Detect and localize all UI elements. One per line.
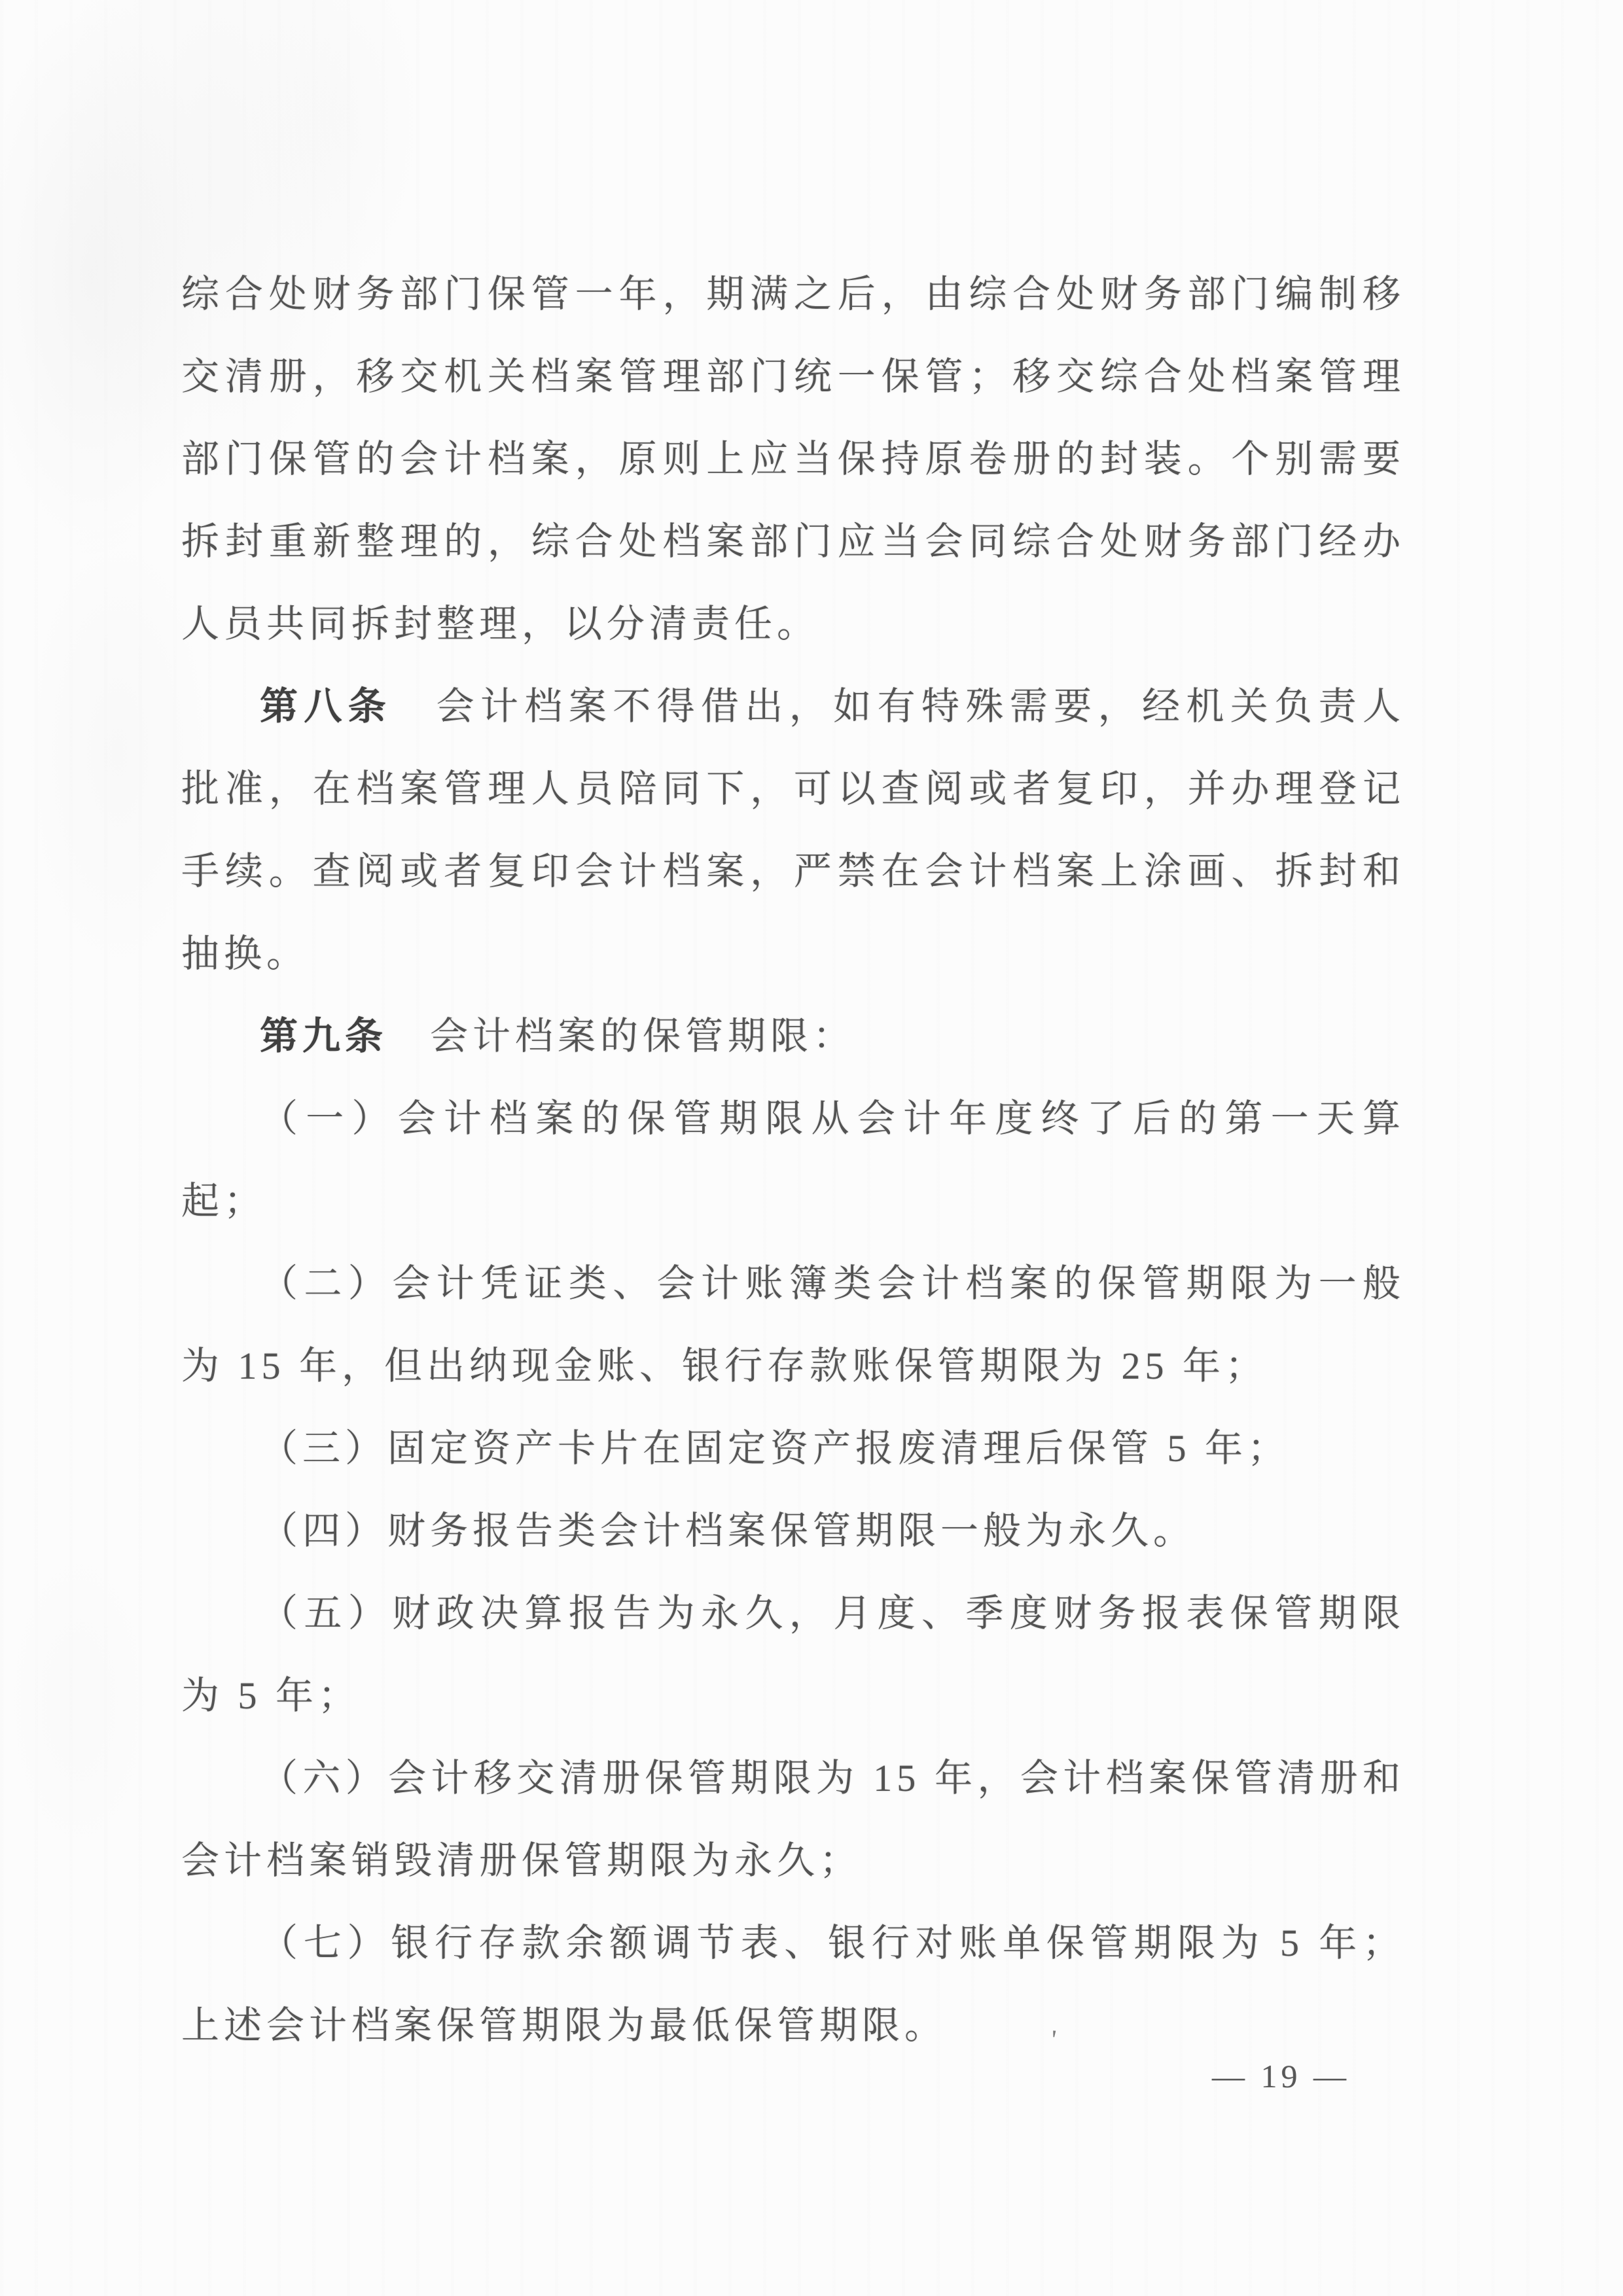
text-run: 上述会计档案保管期限为最低保管期限。 (181, 2004, 947, 2047)
page-number: — 19 — (1212, 2057, 1350, 2095)
text-line: （二）会计凭证类、会计账簿类会计档案的保管期限为一般 (181, 1243, 1405, 1325)
text-run: 部门保管的会计档案，原则上应当保持原卷册的封装。个别需要 (181, 438, 1405, 480)
text-run: （五）财政决算报告为永久，月度、季度财务报表保管期限 (260, 1592, 1405, 1634)
text-run: 交清册，移交机关档案管理部门统一保管；移交综合处档案管理 (181, 355, 1405, 398)
text-run: （一）会计档案的保管期限从会计年度终了后的第一天算 (260, 1097, 1405, 1140)
text-line: 第八条 会计档案不得借出，如有特殊需要，经机关负责人 (181, 665, 1405, 748)
text-run: （七）银行存款余额调节表、银行对账单保管期限为 5 年； (260, 1922, 1405, 1964)
text-run: （四）财务报告类会计档案保管期限一般为永久。 (260, 1510, 1196, 1552)
document-body: 综合处财务部门保管一年，期满之后，由综合处财务部门编制移交清册，移交机关档案管理… (181, 253, 1405, 2067)
text-line: （三）固定资产卡片在固定资产报废清理后保管 5 年； (181, 1407, 1405, 1490)
text-line: 批准，在档案管理人员陪同下，可以查阅或者复印，并办理登记 (181, 748, 1405, 830)
text-run: 拆封重新整理的，综合处档案部门应当会同综合处财务部门经办 (181, 520, 1405, 563)
text-line: 上述会计档案保管期限为最低保管期限。 (181, 1985, 1405, 2067)
text-line: （四）财务报告类会计档案保管期限一般为永久。 (181, 1490, 1405, 1572)
article-heading: 第九条 (260, 1015, 387, 1057)
text-line: 部门保管的会计档案，原则上应当保持原卷册的封装。个别需要 (181, 418, 1405, 501)
text-line: 人员共同拆封整理，以分清责任。 (181, 583, 1405, 665)
text-line: （一）会计档案的保管期限从会计年度终了后的第一天算 (181, 1078, 1405, 1160)
text-line: 为 15 年，但出纳现金账、银行存款账保管期限为 25 年； (181, 1325, 1405, 1407)
text-line: 手续。查阅或者复印会计档案，严禁在会计档案上涂画、拆封和 (181, 830, 1405, 913)
text-line: 交清册，移交机关档案管理部门统一保管；移交综合处档案管理 (181, 336, 1405, 418)
text-run: 为 5 年； (181, 1674, 361, 1717)
text-run: （二）会计凭证类、会计账簿类会计档案的保管期限为一般 (260, 1262, 1405, 1305)
text-line: 为 5 年； (181, 1655, 1405, 1737)
text-run: 为 15 年，但出纳现金账、银行存款账保管期限为 25 年； (181, 1345, 1268, 1387)
text-line: （六）会计移交清册保管期限为 15 年，会计档案保管清册和 (181, 1737, 1405, 1820)
text-run: 会计档案的保管期限： (387, 1015, 855, 1057)
text-run: 起； (181, 1180, 266, 1222)
text-line: 拆封重新整理的，综合处档案部门应当会同综合处财务部门经办 (181, 501, 1405, 583)
text-line: 起； (181, 1160, 1405, 1243)
text-run: 人员共同拆封整理，以分清责任。 (181, 603, 819, 645)
text-run: 会计档案不得借出，如有特殊需要，经机关负责人 (392, 685, 1405, 728)
text-run: （三）固定资产卡片在固定资产报废清理后保管 5 年； (260, 1427, 1290, 1470)
text-run: （六）会计移交清册保管期限为 15 年，会计档案保管清册和 (260, 1757, 1405, 1799)
text-run: 抽换。 (181, 932, 309, 975)
text-line: 第九条 会计档案的保管期限： (181, 995, 1405, 1078)
text-line: 会计档案销毁清册保管期限为永久； (181, 1820, 1405, 1902)
text-line: （五）财政决算报告为永久，月度、季度财务报表保管期限 (181, 1572, 1405, 1655)
text-run: 批准，在档案管理人员陪同下，可以查阅或者复印，并办理登记 (181, 768, 1405, 810)
text-run: 综合处财务部门保管一年，期满之后，由综合处财务部门编制移 (181, 273, 1405, 315)
article-heading: 第八条 (260, 685, 392, 728)
text-run: 会计档案销毁清册保管期限为永久； (181, 1839, 862, 1882)
text-line: 抽换。 (181, 913, 1405, 995)
text-line: （七）银行存款余额调节表、银行对账单保管期限为 5 年； (181, 1902, 1405, 1985)
text-line: 综合处财务部门保管一年，期满之后，由综合处财务部门编制移 (181, 253, 1405, 336)
text-run: 手续。查阅或者复印会计档案，严禁在会计档案上涂画、拆封和 (181, 850, 1405, 892)
